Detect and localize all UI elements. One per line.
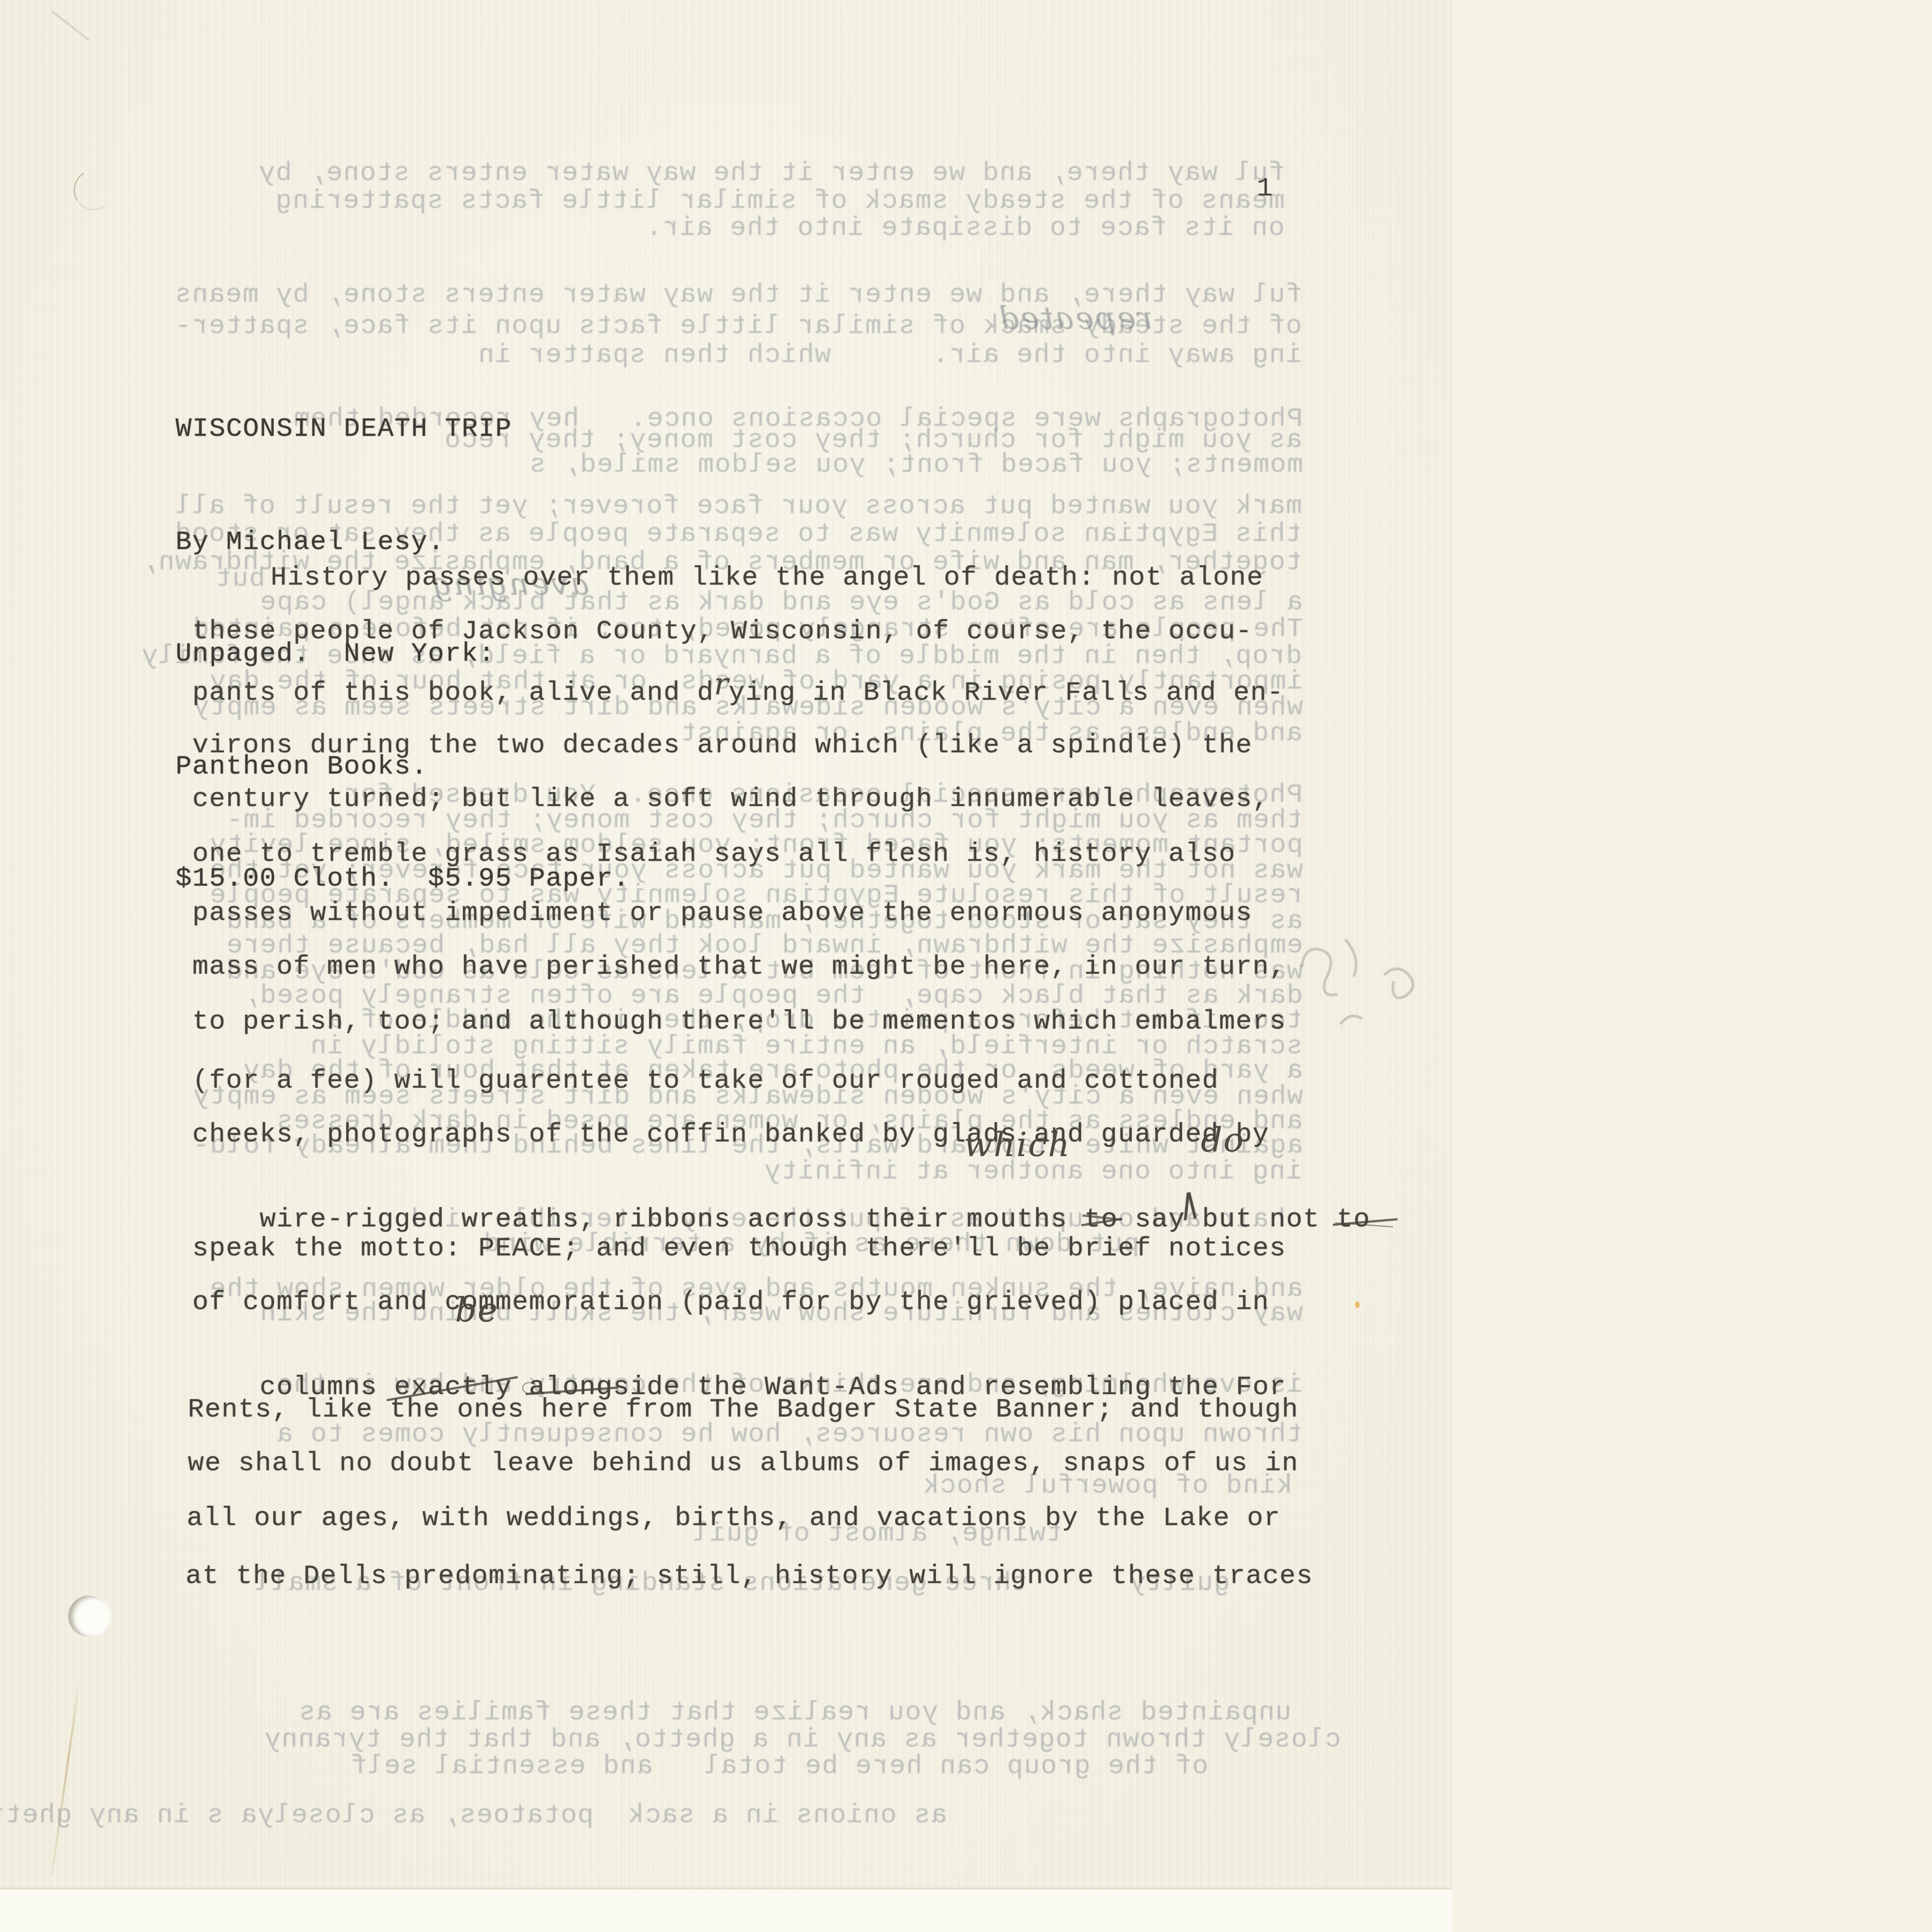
punch-hole-bottom [68,1595,110,1637]
typed-line: History passes over them like the angel … [270,563,1264,594]
struck-word-to: to [1084,1205,1118,1235]
bleed-text-line: on its face to dissipate into the air. [645,214,1285,244]
typed-line: virons during the two decades around whi… [192,731,1253,761]
typed-line: speak the motto: PEACE; and even though … [192,1234,1286,1264]
typed-line: century turned; but like a soft wind thr… [192,785,1269,815]
handwritten-which: which [964,1126,1071,1165]
book-author: By Michael Lesy. [175,524,630,561]
typed-segment: wire-rigged wreaths, ribbons across thei… [260,1205,1084,1235]
typed-line: passes without impediment or pause above… [192,899,1253,929]
typed-line: (for a fee) will guarentee to take of ou… [192,1066,1219,1097]
corner-fold-crease [51,10,90,41]
page-number: 1 [1257,174,1273,204]
typed-segment: not [1253,1205,1337,1235]
typed-line-edited: wire-rigged wreaths, ribbons across thei… [192,1175,1371,1356]
typed-line: one to tremble grass as Isaiah says all … [192,840,1236,870]
typed-line: to perish, too; and although there'll be… [192,1007,1286,1037]
typed-line: at the Dells predominating; still, histo… [185,1562,1313,1592]
typed-line: Rents, like the ones here from The Badge… [188,1395,1299,1425]
typed-line: mass of men who have perished that we mi… [192,952,1286,983]
manuscript-page: ful way there, and we enter it the way w… [0,0,1452,1932]
typed-line: of comfort and commemoration (paid for b… [192,1288,1269,1318]
handwritten-be: be [455,1291,499,1330]
bleed-text-line: unpainted shack, and you realize that th… [298,1698,1291,1728]
typed-line: cheeks, photographs of the coffin banked… [192,1120,1269,1150]
bleed-text-line: ful way there, and we enter it the way w… [258,159,1285,189]
typed-line: these people of Jackson County, Wisconsi… [192,617,1253,647]
paper-crease [51,1676,81,1876]
book-title: WISCONSIN DEATH TRIP [175,412,630,449]
bleed-text-line: moments; you faced front; you seldom smi… [528,451,1303,481]
header-block: WISCONSIN DEATH TRIP By Michael Lesy. Un… [175,337,630,973]
bleed-text-line: means of the steady smack of similar lit… [275,187,1284,217]
typed-segment: ying in Black River Falls and en- [728,679,1284,709]
typed-segment: pants of this book, alive and d [192,679,714,709]
bleed-text-line: as onions in a sack potatoes, as closely… [0,1801,947,1831]
handwritten-do: do [1201,1121,1245,1160]
typed-line: all our ages, with weddings, births, and… [187,1504,1281,1534]
typed-line-with-inserted-r: pants of this book, alive and drying in … [192,673,1284,709]
page-bottom-edge [0,1889,1452,1932]
bleed-text-line: of the group can here be total and essen… [350,1752,1209,1782]
bleed-text-line: closely thrown together as any in a ghet… [264,1725,1340,1755]
struck-word-to-final: to [1337,1205,1370,1235]
insertion-caret: ∧ [1179,1177,1201,1235]
punch-hole-top [70,166,118,214]
handwritten-r-insertion: r [714,667,729,702]
typed-line: we shall no doubt leave behind us albums… [188,1449,1299,1479]
